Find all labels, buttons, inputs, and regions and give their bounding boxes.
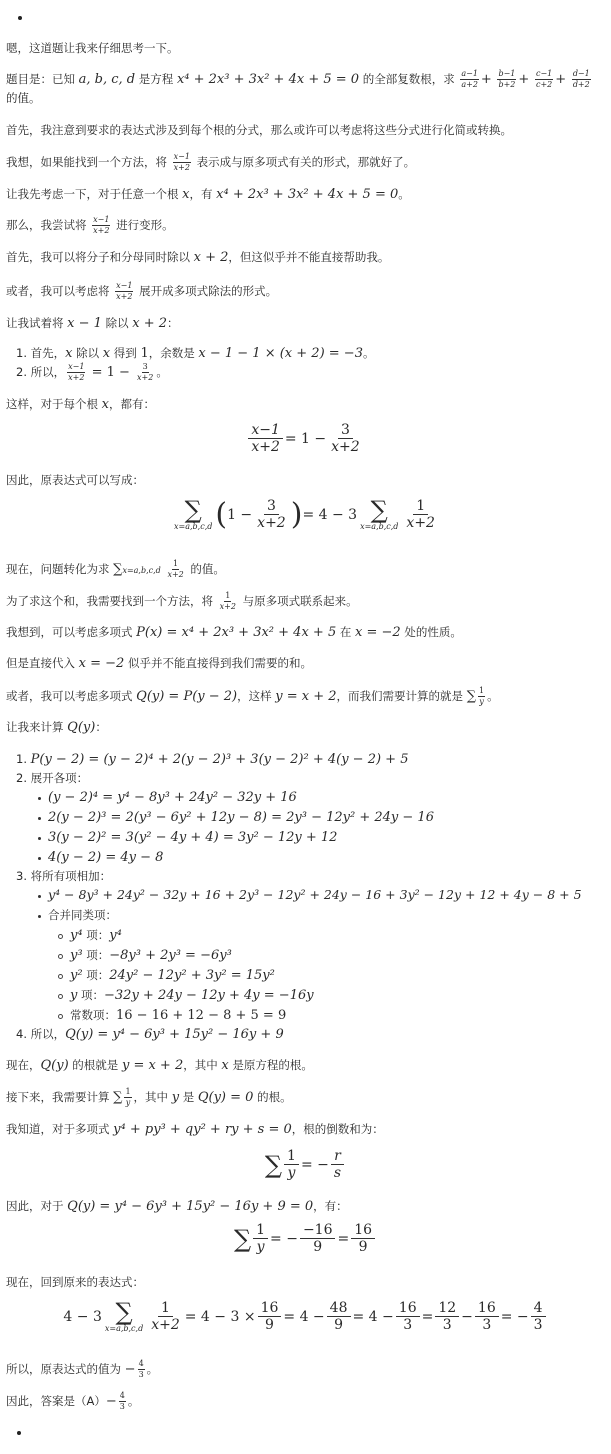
text: 将所有项相加： bbox=[31, 869, 112, 883]
fraction: 163 bbox=[396, 1300, 420, 1333]
text: 。 bbox=[128, 1394, 140, 1408]
list-item: y 项：−32y + 24y − 12y + 4y = −16y bbox=[70, 987, 314, 1004]
math-inline: 4(y − 2) = 4y − 8 bbox=[48, 850, 163, 865]
math-sub: x=a,b,c,d bbox=[122, 566, 160, 575]
text: ： bbox=[167, 316, 179, 330]
math-inline: x = −2 bbox=[79, 656, 125, 671]
paragraph: 因此，原表达式可以写成： bbox=[6, 472, 144, 488]
text: 为了求这个和，我需要找到一个方法，将 bbox=[6, 594, 217, 608]
math-inline: x = −2 bbox=[355, 625, 401, 640]
text: 项： bbox=[83, 948, 110, 962]
problem-statement: 题目是：已知 a, b, c, d 是方程 x⁴ + 2x³ + 3x² + 4… bbox=[6, 70, 593, 89]
math-text: 4 − 3 bbox=[63, 1309, 101, 1325]
text: 似乎并不能直接得到我们需要的和。 bbox=[124, 656, 312, 670]
list-item: 合并同类项： bbox=[48, 907, 117, 923]
list-number: 1. bbox=[16, 752, 27, 766]
paragraph: 现在，回到原来的表达式： bbox=[6, 1274, 144, 1290]
circle-bullet bbox=[58, 994, 63, 999]
text: 项： bbox=[83, 968, 110, 982]
list-number: 3. bbox=[16, 869, 27, 883]
math-text: = − bbox=[301, 1157, 329, 1173]
fraction: x−1x+2 bbox=[92, 216, 110, 235]
fraction: x−1x+2 bbox=[248, 422, 283, 455]
math-inline: Q(y) bbox=[41, 1058, 69, 1073]
ordered-list-item: 4. 所以，Q(y) = y⁴ − 6y³ + 15y² − 16y + 9 bbox=[16, 1026, 284, 1043]
math-inline: y² bbox=[70, 968, 83, 983]
math-inline: y⁴ bbox=[109, 928, 122, 943]
list-item: 常数项：16 − 16 + 12 − 8 + 5 = 9 bbox=[70, 1007, 286, 1024]
math-inline: y bbox=[172, 1090, 179, 1105]
list-bullet bbox=[38, 857, 41, 860]
math-text: = 4 − bbox=[353, 1309, 394, 1325]
display-equation: x−1x+2 = 1 − 3x+2 bbox=[0, 422, 611, 455]
paragraph: 为了求这个和，我需要找到一个方法，将 1x+2 与原多项式联系起来。 bbox=[6, 592, 358, 611]
math-inline: y⁴ + py³ + qy² + ry + s = 0 bbox=[113, 1122, 292, 1137]
text: 项： bbox=[77, 988, 104, 1002]
text: 我想到，可以考虑多项式 bbox=[6, 625, 136, 639]
list-item: y³ 项：−8y³ + 2y³ = −6y³ bbox=[70, 947, 232, 964]
fraction: 1y bbox=[478, 687, 485, 706]
math-inline: P(x) = x⁴ + 2x³ + 3x² + 4x + 5 bbox=[136, 625, 336, 640]
math-text: 1 − bbox=[227, 507, 252, 523]
list-bullet bbox=[38, 915, 41, 918]
paragraph: 我知道，对于多项式 y⁴ + py³ + qy² + ry + s = 0，根的… bbox=[6, 1121, 384, 1138]
display-equation: 4 − 3 ∑x=a,b,c,d 1x+2 = 4 − 3 × 169 = 4 … bbox=[0, 1300, 611, 1333]
fraction: 1y bbox=[253, 1222, 268, 1255]
math-inline: −32y + 24y − 12y + 4y = −16y bbox=[104, 988, 314, 1003]
paragraph: 我想到，可以考虑多项式 P(x) = x⁴ + 2x³ + 3x² + 4x +… bbox=[6, 624, 462, 641]
math-inline: −8y³ + 2y³ = −6y³ bbox=[109, 948, 232, 963]
math-text: − bbox=[461, 1309, 473, 1325]
text: 在 bbox=[336, 625, 355, 639]
fraction: 1y bbox=[124, 1088, 131, 1107]
text: ，但这似乎并不能直接帮助我。 bbox=[228, 250, 389, 264]
text: ，其中 bbox=[183, 1058, 221, 1072]
text: 那么，我尝试将 bbox=[6, 218, 90, 232]
paragraph: 这样，对于每个根 x，都有： bbox=[6, 396, 155, 413]
text: 因此，原表达式可以写成： bbox=[6, 473, 144, 487]
text: 处的性质。 bbox=[401, 625, 462, 639]
text: 接下来，我需要计算 bbox=[6, 1090, 113, 1104]
math-inline: x bbox=[102, 397, 109, 412]
math-inline: Q(y) bbox=[67, 720, 95, 735]
math-inline: − bbox=[106, 1394, 117, 1409]
text: 。 bbox=[398, 187, 410, 201]
math-text: = 1 − bbox=[285, 431, 326, 447]
text: 现在， bbox=[6, 1058, 41, 1072]
fraction: 163 bbox=[475, 1300, 499, 1333]
list-item: y² 项：24y² − 12y² + 3y² = 15y² bbox=[70, 967, 275, 984]
fraction: 3x+2 bbox=[254, 498, 289, 531]
text: 。 bbox=[363, 346, 375, 360]
paragraph: 因此，对于 Q(y) = y⁴ − 6y³ + 15y² − 16y + 9 =… bbox=[6, 1198, 348, 1215]
text: 的值。 bbox=[187, 562, 225, 576]
math-text: = bbox=[422, 1309, 434, 1325]
math-inline: x bbox=[221, 1058, 228, 1073]
summation: ∑x=a,b,c,d bbox=[105, 1300, 143, 1333]
sigma-icon: ∑ bbox=[265, 1151, 282, 1179]
paragraph: 现在，问题转化为求 ∑x=a,b,c,d 1x+2 的值。 bbox=[6, 560, 225, 579]
text: 让我来计算 bbox=[6, 720, 67, 734]
list-bullet bbox=[38, 797, 41, 800]
text: 题目是：已知 bbox=[6, 72, 79, 86]
fraction: 169 bbox=[258, 1300, 282, 1333]
list-item: 4(y − 2) = 4y − 8 bbox=[48, 849, 163, 866]
text: 得到 bbox=[110, 346, 140, 360]
ordered-list-item: 1. P(y − 2) = (y − 2)⁴ + 2(y − 2)³ + 3(y… bbox=[16, 751, 408, 768]
text: ，都有： bbox=[109, 397, 155, 411]
fraction: 489 bbox=[327, 1300, 351, 1333]
fraction: b−1b+2 bbox=[497, 70, 516, 89]
list-bullet bbox=[38, 837, 41, 840]
sigma-icon: ∑ bbox=[113, 1090, 122, 1105]
fraction: 43 bbox=[138, 1360, 145, 1379]
math-inline: Q(y) = 0 bbox=[198, 1090, 254, 1105]
math-text: = 4 − bbox=[283, 1309, 324, 1325]
math-text: = − bbox=[501, 1309, 529, 1325]
text: 与原多项式联系起来。 bbox=[239, 594, 358, 608]
math-inline: − bbox=[125, 1362, 136, 1377]
final-answer: 因此，答案是（A）−43。 bbox=[6, 1392, 139, 1411]
list-item: y⁴ 项：y⁴ bbox=[70, 927, 122, 944]
fraction: x−1x+2 bbox=[173, 153, 191, 172]
math-inline: y⁴ − 8y³ + 24y² − 32y + 16 + 2y³ − 12y² … bbox=[48, 887, 582, 902]
text: 的根就是 bbox=[69, 1058, 122, 1072]
paragraph: 所以，原表达式的值为 −43。 bbox=[6, 1360, 158, 1379]
list-bullet bbox=[38, 817, 41, 820]
math-inline: x − 1 bbox=[67, 316, 102, 331]
math-inline: y = x + 2 bbox=[122, 1058, 183, 1073]
text: 我知道，对于多项式 bbox=[6, 1122, 113, 1136]
display-equation: ∑ 1y = − rs bbox=[0, 1148, 611, 1181]
text: 首先，我可以将分子和分母同时除以 bbox=[6, 250, 194, 264]
text: 这样，对于每个根 bbox=[6, 397, 102, 411]
math-inline: 3(y − 2)² = 3(y² − 4y + 4) = 3y² − 12y +… bbox=[48, 830, 337, 845]
fraction: 43 bbox=[119, 1392, 126, 1411]
summation: ∑x=a,b,c,d bbox=[174, 498, 212, 531]
math-inline: y = x + 2 bbox=[275, 689, 336, 704]
text: 除以 bbox=[72, 346, 102, 360]
list-item: (y − 2)⁴ = y⁴ − 8y³ + 24y² − 32y + 16 bbox=[48, 789, 297, 806]
math-text: = 4 − 3 × bbox=[185, 1309, 256, 1325]
text: 或者，我可以考虑将 bbox=[6, 284, 113, 298]
sigma-icon: ∑ bbox=[234, 1225, 251, 1253]
list-number: 2. bbox=[16, 365, 27, 379]
ordered-list-item: 2. 所以，x−1x+2 = 1 − 3x+2。 bbox=[16, 363, 168, 382]
fraction: d−1d+2 bbox=[572, 70, 591, 89]
fraction: 169 bbox=[351, 1222, 375, 1255]
display-equation: ∑x=a,b,c,d ( 1 − 3x+2 ) = 4 − 3 ∑x=a,b,c… bbox=[0, 498, 611, 531]
list-bullet bbox=[38, 895, 41, 898]
fraction: a−1a+2 bbox=[460, 70, 479, 89]
list-number: 4. bbox=[16, 1027, 27, 1041]
math-text: = bbox=[337, 1231, 349, 1247]
list-number: 2. bbox=[16, 771, 27, 785]
paragraph: 让我先考虑一下，对于任意一个根 x，有 x⁴ + 2x³ + 3x² + 4x … bbox=[6, 186, 410, 203]
text: 现在，问题转化为求 bbox=[6, 562, 113, 576]
ordered-list-item: 3. 将所有项相加： bbox=[16, 868, 111, 884]
text: 的值。 bbox=[6, 91, 41, 105]
text: ，而我们需要计算的就是 bbox=[337, 689, 467, 703]
fraction: x−1x+2 bbox=[115, 282, 133, 301]
fraction: −169 bbox=[300, 1222, 336, 1255]
circle-bullet bbox=[58, 1014, 63, 1019]
text: 嗯，这道题让我来仔细思考一下。 bbox=[6, 41, 179, 55]
text: 但是直接代入 bbox=[6, 656, 79, 670]
text: 因此，对于 bbox=[6, 1199, 67, 1213]
paragraph: 我想，如果能找到一个方法，将 x−1x+2 表示成与原多项式有关的形式，那就好了… bbox=[6, 153, 415, 172]
math-inline: x bbox=[182, 187, 189, 202]
fraction: 43 bbox=[531, 1300, 546, 1333]
math-inline: 1 bbox=[140, 346, 148, 361]
text: ，有 bbox=[190, 187, 217, 201]
ordered-list-item: 2. 展开各项： bbox=[16, 770, 88, 786]
text: ，根的倒数和为： bbox=[292, 1122, 384, 1136]
text: 让我先考虑一下，对于任意一个根 bbox=[6, 187, 182, 201]
text: 除以 bbox=[102, 316, 132, 330]
math-inline: 2(y − 2)³ = 2(y³ − 6y² + 12y − 8) = 2y³ … bbox=[48, 810, 434, 825]
math-inline: 24y² − 12y² + 3y² = 15y² bbox=[109, 968, 275, 983]
sigma-icon: ∑ bbox=[467, 689, 476, 704]
text: 现在，回到原来的表达式： bbox=[6, 1275, 144, 1289]
list-number: 1. bbox=[16, 346, 27, 360]
text: 所以， bbox=[31, 1027, 66, 1041]
text: 。 bbox=[147, 1362, 159, 1376]
math-inline: P(y − 2) = (y − 2)⁴ + 2(y − 2)³ + 3(y − … bbox=[31, 752, 409, 767]
paragraph: 或者，我可以考虑将 x−1x+2 展开成多项式除法的形式。 bbox=[6, 282, 277, 301]
text: 表示成与原多项式有关的形式，那就好了。 bbox=[193, 155, 415, 169]
fraction: 1y bbox=[284, 1148, 299, 1181]
math-inline: a, b, c, d bbox=[79, 72, 135, 87]
paragraph: 但是直接代入 x = −2 似乎并不能直接得到我们需要的和。 bbox=[6, 655, 312, 672]
math-inline: x + 2 bbox=[194, 250, 229, 265]
text: ，余数是 bbox=[149, 346, 199, 360]
text: 所以， bbox=[31, 365, 66, 379]
text: 我想，如果能找到一个方法，将 bbox=[6, 155, 171, 169]
text: 让我试着将 bbox=[6, 316, 67, 330]
text: 或者，我可以考虑多项式 bbox=[6, 689, 136, 703]
paragraph: 首先，我可以将分子和分母同时除以 x + 2，但这似乎并不能直接帮助我。 bbox=[6, 249, 389, 266]
list-item: 3(y − 2)² = 3(y² − 4y + 4) = 3y² − 12y +… bbox=[48, 829, 337, 846]
paren: ( bbox=[215, 500, 227, 530]
paragraph: 接下来，我需要计算 ∑1y，其中 y 是 Q(y) = 0 的根。 bbox=[6, 1088, 292, 1107]
ordered-list-item: 1. 首先，x 除以 x 得到 1，余数是 x − 1 − 1 × (x + 2… bbox=[16, 345, 374, 362]
paragraph: 现在，Q(y) 的根就是 y = x + 2，其中 x 是原方程的根。 bbox=[6, 1057, 313, 1074]
text: 的全部复数根，求 bbox=[359, 72, 458, 86]
math-inline: (y − 2)⁴ = y⁴ − 8y³ + 24y² − 32y + 16 bbox=[48, 790, 297, 805]
list-bullet bbox=[17, 1431, 21, 1435]
math-inline: x⁴ + 2x³ + 3x² + 4x + 5 = 0 bbox=[177, 72, 359, 87]
math-inline: x − 1 − 1 × (x + 2) = −3 bbox=[198, 346, 363, 361]
text: 首先， bbox=[31, 346, 66, 360]
text: ： bbox=[95, 720, 107, 734]
text: 。 bbox=[487, 689, 499, 703]
fraction: 1x+2 bbox=[166, 560, 184, 579]
text: 进行变形。 bbox=[112, 218, 173, 232]
text: 因此，答案是（A） bbox=[6, 1394, 106, 1408]
text: 展开各项： bbox=[31, 771, 89, 785]
paragraph: 那么，我尝试将 x−1x+2 进行变形。 bbox=[6, 216, 174, 235]
text: 合并同类项： bbox=[48, 908, 117, 922]
text: 的根。 bbox=[253, 1090, 291, 1104]
math-inline: = 1 − bbox=[87, 365, 134, 380]
fraction: x−1x+2 bbox=[67, 363, 85, 382]
text: 展开成多项式除法的形式。 bbox=[135, 284, 277, 298]
paragraph: 或者，我可以考虑多项式 Q(y) = P(y − 2)，这样 y = x + 2… bbox=[6, 687, 499, 706]
text: 项： bbox=[83, 928, 110, 942]
fraction: 1x+2 bbox=[219, 592, 237, 611]
fraction: 1x+2 bbox=[148, 1300, 183, 1333]
text: 所以，原表达式的值为 bbox=[6, 1362, 125, 1376]
circle-bullet bbox=[58, 954, 63, 959]
paren: ) bbox=[291, 500, 303, 530]
math-inline: Q(y) = y⁴ − 6y³ + 15y² − 16y + 9 = 0 bbox=[67, 1199, 313, 1214]
math-inline: y⁴ bbox=[70, 928, 83, 943]
fraction: rs bbox=[331, 1148, 344, 1181]
list-bullet bbox=[18, 16, 22, 20]
fraction: 3x+2 bbox=[328, 422, 363, 455]
fraction: 123 bbox=[435, 1300, 459, 1333]
paragraph: 让我试着将 x − 1 除以 x + 2： bbox=[6, 315, 179, 332]
paragraph-cont: 的值。 bbox=[6, 90, 41, 106]
text: 是 bbox=[179, 1090, 198, 1104]
paragraph: 首先，我注意到要求的表达式涉及到每个根的分式，那么或许可以考虑将这些分式进行化简… bbox=[6, 122, 512, 138]
text: 是方程 bbox=[135, 72, 177, 86]
math-text: = − bbox=[270, 1231, 298, 1247]
text: 是原方程的根。 bbox=[229, 1058, 313, 1072]
fraction: 1x+2 bbox=[403, 498, 438, 531]
math-inline: 16 − 16 + 12 − 8 + 5 = 9 bbox=[116, 1008, 286, 1023]
text: ，其中 bbox=[134, 1090, 172, 1104]
circle-bullet bbox=[58, 934, 63, 939]
summation: ∑x=a,b,c,d bbox=[360, 498, 398, 531]
math-inline: Q(y) = P(y − 2) bbox=[136, 689, 237, 704]
circle-bullet bbox=[58, 974, 63, 979]
text: ，有： bbox=[313, 1199, 348, 1213]
text: 常数项： bbox=[70, 1008, 116, 1022]
math-inline: x⁴ + 2x³ + 3x² + 4x + 5 = 0 bbox=[216, 187, 398, 202]
list-item: y⁴ − 8y³ + 24y² − 32y + 16 + 2y³ − 12y² … bbox=[48, 887, 582, 904]
list-item: 2(y − 2)³ = 2(y³ − 6y² + 12y − 8) = 2y³ … bbox=[48, 809, 434, 826]
text: ，这样 bbox=[237, 689, 275, 703]
display-equation: ∑ 1y = − −169 = 169 bbox=[0, 1222, 611, 1255]
fraction: c−1c+2 bbox=[535, 70, 553, 89]
paragraph: 嗯，这道题让我来仔细思考一下。 bbox=[6, 40, 179, 56]
fraction: 3x+2 bbox=[136, 363, 154, 382]
math-inline: x + 2 bbox=[132, 316, 167, 331]
text: 首先，我注意到要求的表达式涉及到每个根的分式，那么或许可以考虑将这些分式进行化简… bbox=[6, 123, 512, 137]
paragraph: 让我来计算 Q(y)： bbox=[6, 719, 107, 736]
math-inline: Q(y) = y⁴ − 6y³ + 15y² − 16y + 9 bbox=[65, 1027, 284, 1042]
text: 。 bbox=[156, 365, 168, 379]
math-text: = 4 − 3 bbox=[302, 507, 357, 523]
math-inline: y³ bbox=[70, 948, 83, 963]
